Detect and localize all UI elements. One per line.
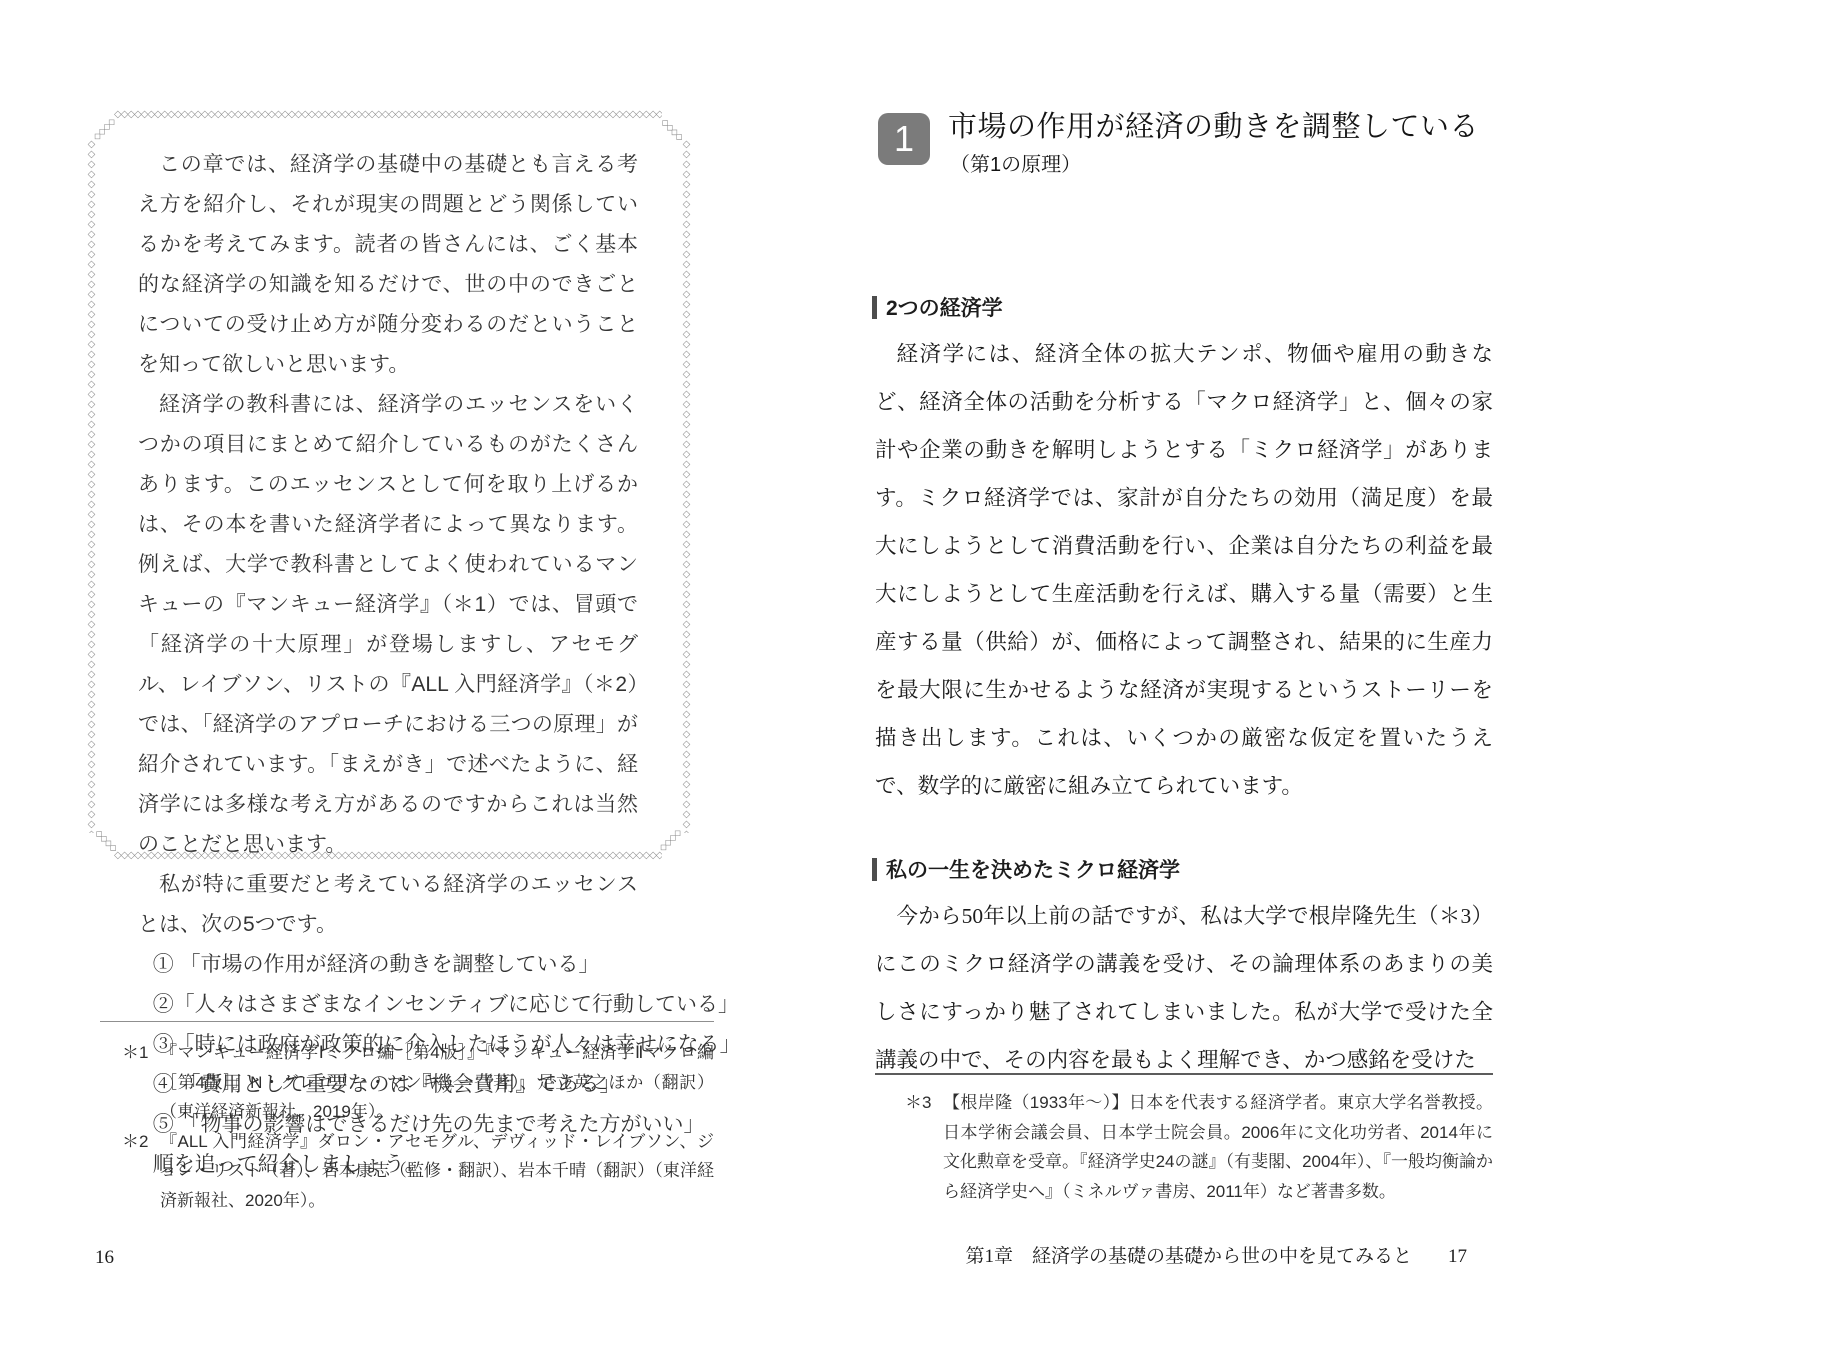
subheading-label: 2つの経済学: [886, 292, 1003, 322]
intro-paragraph-1: この章では、経済学の基礎中の基礎とも言える考え方を紹介し、それが現実の問題とどう…: [138, 145, 638, 385]
list-item: ②「人々はさまざまなインセンティブに応じて行動している」: [153, 985, 638, 1025]
footnote-divider-left: [100, 1021, 714, 1022]
footnotes-left: ＊1 『マンキュー経済学Ⅰミクロ編［第4版］』『マンキュー経済学Ⅱマクロ編［第4…: [122, 1038, 714, 1215]
footnote-label: ＊2: [122, 1127, 160, 1216]
diamond-border-corner-icon: ◇◇◇◇: [652, 112, 689, 149]
diamond-border-corner-icon: ◇◇◇◇: [652, 823, 689, 860]
diamond-border-corner-icon: ◇◇◇◇: [86, 823, 123, 860]
footer-chapter-title: 第1章 経済学の基礎の基礎から世の中を見てみると: [965, 1241, 1412, 1268]
book-spread: ◇◇◇◇◇◇◇◇◇◇◇◇◇◇◇◇◇◇◇◇◇◇◇◇◇◇◇◇◇◇◇◇◇◇◇◇◇◇◇◇…: [0, 0, 1832, 1350]
page-number-left: 16: [95, 1247, 114, 1269]
intro-box-content: この章では、経済学の基礎中の基礎とも言える考え方を紹介し、それが現実の問題とどう…: [138, 145, 638, 1185]
subheading-micro-economics: 私の一生を決めたミクロ経済学: [872, 854, 1180, 884]
section-subtitle: （第1の原理）: [950, 148, 1081, 177]
footnote-text: 【根岸隆（1933年～）】日本を代表する経済学者。東京大学名誉教授。日本学術会議…: [943, 1088, 1493, 1206]
footnote-item: ＊1 『マンキュー経済学Ⅰミクロ編［第4版］』『マンキュー経済学Ⅱマクロ編［第4…: [122, 1038, 714, 1127]
diamond-border-corner-icon: ◇◇◇◇: [86, 112, 123, 149]
heading-marker: [872, 296, 877, 319]
subheading-label: 私の一生を決めたミクロ経済学: [886, 854, 1180, 884]
footnote-text: 『マンキュー経済学Ⅰミクロ編［第4版］』『マンキュー経済学Ⅱマクロ編［第4版］』…: [160, 1038, 714, 1127]
intro-box: ◇◇◇◇◇◇◇◇◇◇◇◇◇◇◇◇◇◇◇◇◇◇◇◇◇◇◇◇◇◇◇◇◇◇◇◇◇◇◇◇…: [90, 115, 686, 857]
chapter-footer: 第1章 経済学の基礎の基礎から世の中を見てみると 17: [875, 1241, 1493, 1268]
section-number-badge: 1: [878, 113, 930, 165]
diamond-border-right-icon: ◇◇◇◇◇◇◇◇◇◇◇◇◇◇◇◇◇◇◇◇◇◇◇◇◇◇◇◇◇◇◇◇◇◇◇◇◇◇◇◇…: [680, 139, 691, 833]
footnote-right: ＊3 【根岸隆（1933年～）】日本を代表する経済学者。東京大学名誉教授。日本学…: [905, 1088, 1493, 1206]
footnote-divider-right: [875, 1073, 1493, 1075]
subheading-two-economics: 2つの経済学: [872, 292, 1003, 322]
heading-marker: [872, 858, 877, 881]
intro-paragraph-3: 私が特に重要だと考えている経済学のエッセンスとは、次の5つです。: [138, 865, 638, 945]
body-paragraph-2: 今から50年以上前の話ですが、私は大学で根岸隆先生（＊3）にこのミクロ経済学の講…: [875, 892, 1493, 1084]
diamond-border-top-icon: ◇◇◇◇◇◇◇◇◇◇◇◇◇◇◇◇◇◇◇◇◇◇◇◇◇◇◇◇◇◇◇◇◇◇◇◇◇◇◇◇…: [114, 110, 662, 121]
list-item: ① 「市場の作用が経済の動きを調整している」: [153, 945, 638, 985]
section-title: 市場の作用が経済の動きを調整している: [948, 110, 1508, 144]
footnote-text: 『ALL 入門経済学』ダロン・アセモグル、デヴィッド・レイブソン、ジョン・リスト…: [160, 1127, 714, 1216]
intro-paragraph-2: 経済学の教科書には、経済学のエッセンスをいくつかの項目にまとめて紹介しているもの…: [138, 385, 638, 865]
footnote-label: ＊3: [905, 1088, 943, 1206]
diamond-border-left-icon: ◇◇◇◇◇◇◇◇◇◇◇◇◇◇◇◇◇◇◇◇◇◇◇◇◇◇◇◇◇◇◇◇◇◇◇◇◇◇◇◇…: [85, 139, 96, 833]
page-number-right: 17: [1448, 1246, 1467, 1268]
footnote-label: ＊1: [122, 1038, 160, 1127]
footnote-item: ＊3 【根岸隆（1933年～）】日本を代表する経済学者。東京大学名誉教授。日本学…: [905, 1088, 1493, 1206]
body-paragraph-1: 経済学には、経済全体の拡大テンポ、物価や雇用の動きなど、経済全体の活動を分析する…: [875, 330, 1493, 810]
footnote-item: ＊2 『ALL 入門経済学』ダロン・アセモグル、デヴィッド・レイブソン、ジョン・…: [122, 1127, 714, 1216]
